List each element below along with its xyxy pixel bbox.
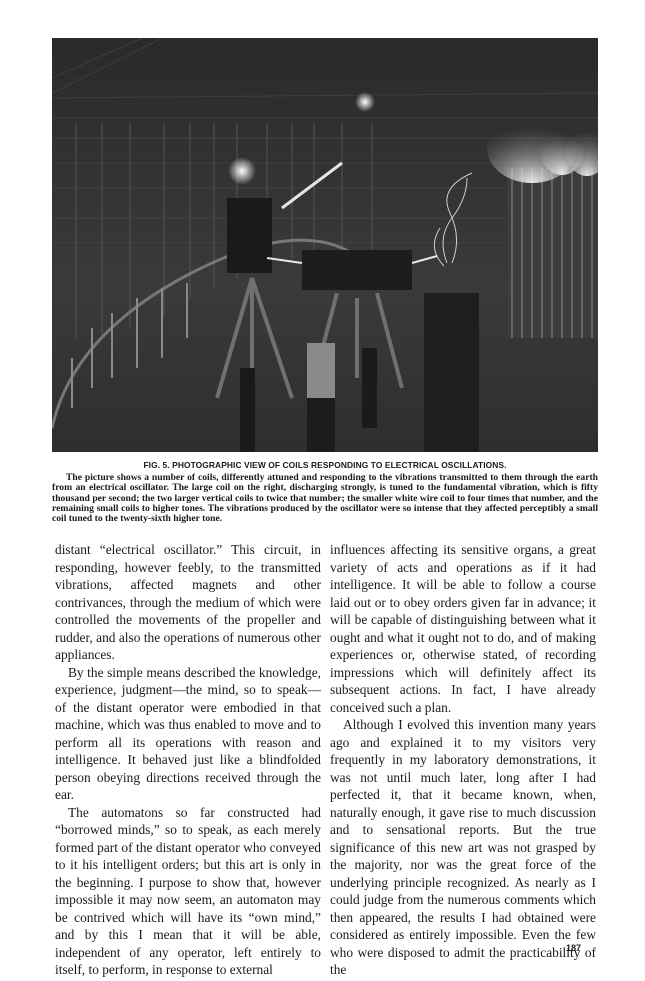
page-number: 187 (566, 943, 581, 953)
coils-photo-illustration (52, 38, 598, 452)
paragraph: influences affecting its sensitive organ… (330, 541, 596, 716)
figure-caption: The picture shows a number of coils, dif… (52, 473, 598, 524)
figure-title: FIG. 5. PHOTOGRAPHIC VIEW OF COILS RESPO… (52, 460, 598, 470)
body-right-column: influences affecting its sensitive organ… (330, 541, 596, 979)
paragraph: Although I evolved this invention many y… (330, 716, 596, 979)
body-left-column: distant “electrical oscillator.” This ci… (55, 541, 321, 979)
paragraph: The automatons so far constructed had “b… (55, 804, 321, 979)
paragraph: By the simple means described the knowle… (55, 664, 321, 804)
figure-photograph (52, 38, 598, 452)
paragraph: distant “electrical oscillator.” This ci… (55, 541, 321, 664)
